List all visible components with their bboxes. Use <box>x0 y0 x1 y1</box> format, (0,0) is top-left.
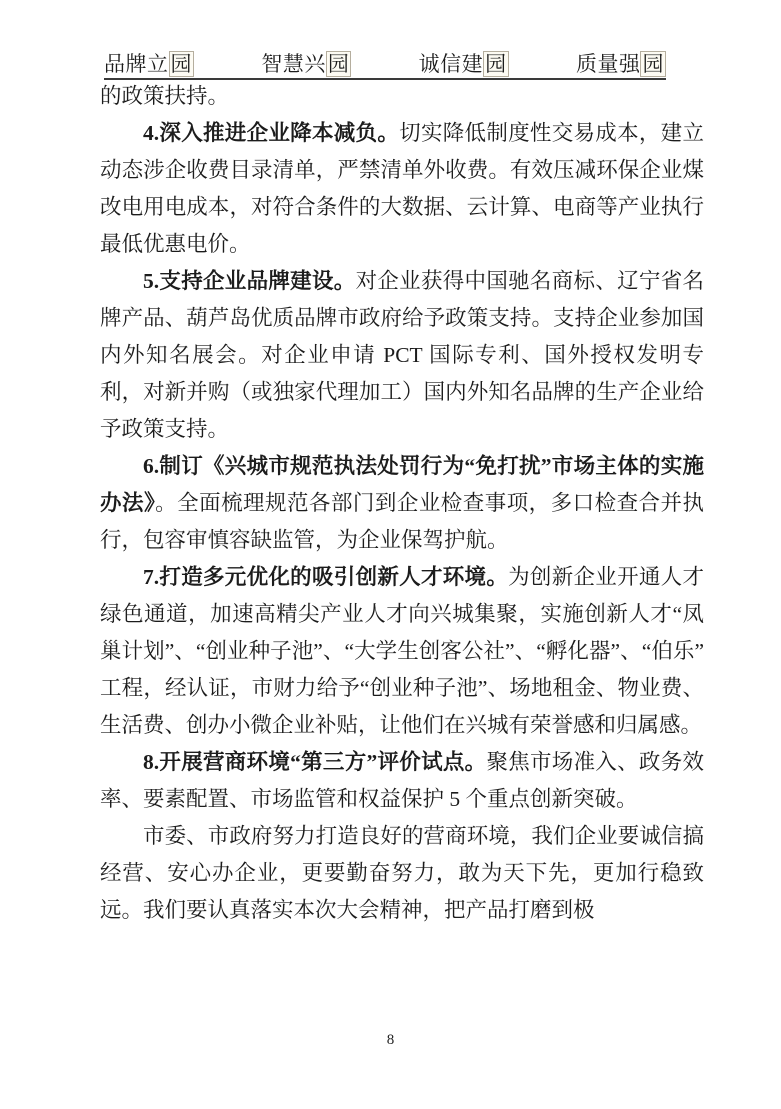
paragraph-item-4: 4.深入推进企业降本减负。切实降低制度性交易成本，建立动态涉企收费目录清单，严禁… <box>100 115 704 263</box>
header-slogan-2: 智慧兴园 <box>261 52 351 77</box>
header-slogan-4: 质量强园 <box>576 52 666 77</box>
paragraph-text: 为创新企业开通人才绿色通道，加速高精尖产业人才向兴城集聚，实施创新人才“凤巢计划… <box>100 565 704 737</box>
page-number: 8 <box>0 1032 781 1049</box>
paragraph-lead: 7.打造多元优化的吸引创新人才环境。 <box>143 565 508 589</box>
paragraph-item-8: 8.开展营商环境“第三方”评价试点。聚焦市场准入、政务效率、要素配置、市场监管和… <box>100 744 704 818</box>
paragraph-item-7: 7.打造多元优化的吸引创新人才环境。为创新企业开通人才绿色通道，加速高精尖产业人… <box>100 559 704 744</box>
paragraph-lead: 4.深入推进企业降本减负。 <box>143 121 399 145</box>
paragraph-lead: 5.支持企业品牌建设。 <box>143 269 356 293</box>
paragraph-closing: 市委、市政府努力打造良好的营商环境，我们企业要诚信搞经营、安心办企业，更要勤奋努… <box>100 818 704 929</box>
boxed-yuan-char: 园 <box>483 51 509 77</box>
paragraph-text: 。全面梳理规范各部门到企业检查事项，多口检查合并执行，包容审慎容缺监管，为企业保… <box>100 491 704 552</box>
slogan-text: 智慧兴 <box>261 52 326 76</box>
paragraph-item-5: 5.支持企业品牌建设。对企业获得中国驰名商标、辽宁省名牌产品、葫芦岛优质品牌市政… <box>100 263 704 448</box>
header-banner: 品牌立园 智慧兴园 诚信建园 质量强园 <box>104 52 666 80</box>
paragraph-text: 对企业获得中国驰名商标、辽宁省名牌产品、葫芦岛优质品牌市政府给予政策支持。支持企… <box>100 269 704 441</box>
boxed-yuan-char: 园 <box>169 51 195 77</box>
document-page: 品牌立园 智慧兴园 诚信建园 质量强园 的政策扶持。 4.深入推进企业降本减负。… <box>0 0 781 1109</box>
header-slogan-3: 诚信建园 <box>419 52 509 77</box>
paragraph-lead: 8.开展营商环境“第三方”评价试点。 <box>143 750 486 774</box>
slogan-text: 质量强 <box>576 52 641 76</box>
paragraph-text: 市委、市政府努力打造良好的营商环境，我们企业要诚信搞经营、安心办企业，更要勤奋努… <box>100 824 704 922</box>
header-slogan-1: 品牌立园 <box>104 52 194 77</box>
paragraph-continuation: 的政策扶持。 <box>100 78 704 115</box>
slogan-text: 品牌立 <box>104 52 169 76</box>
boxed-yuan-char: 园 <box>640 51 666 77</box>
paragraph-text: 的政策扶持。 <box>100 84 229 108</box>
slogan-text: 诚信建 <box>419 52 484 76</box>
document-body: 的政策扶持。 4.深入推进企业降本减负。切实降低制度性交易成本，建立动态涉企收费… <box>100 78 704 929</box>
boxed-yuan-char: 园 <box>326 51 352 77</box>
paragraph-item-6: 6.制订《兴城市规范执法处罚行为“免打扰”市场主体的实施办法》。全面梳理规范各部… <box>100 448 704 559</box>
